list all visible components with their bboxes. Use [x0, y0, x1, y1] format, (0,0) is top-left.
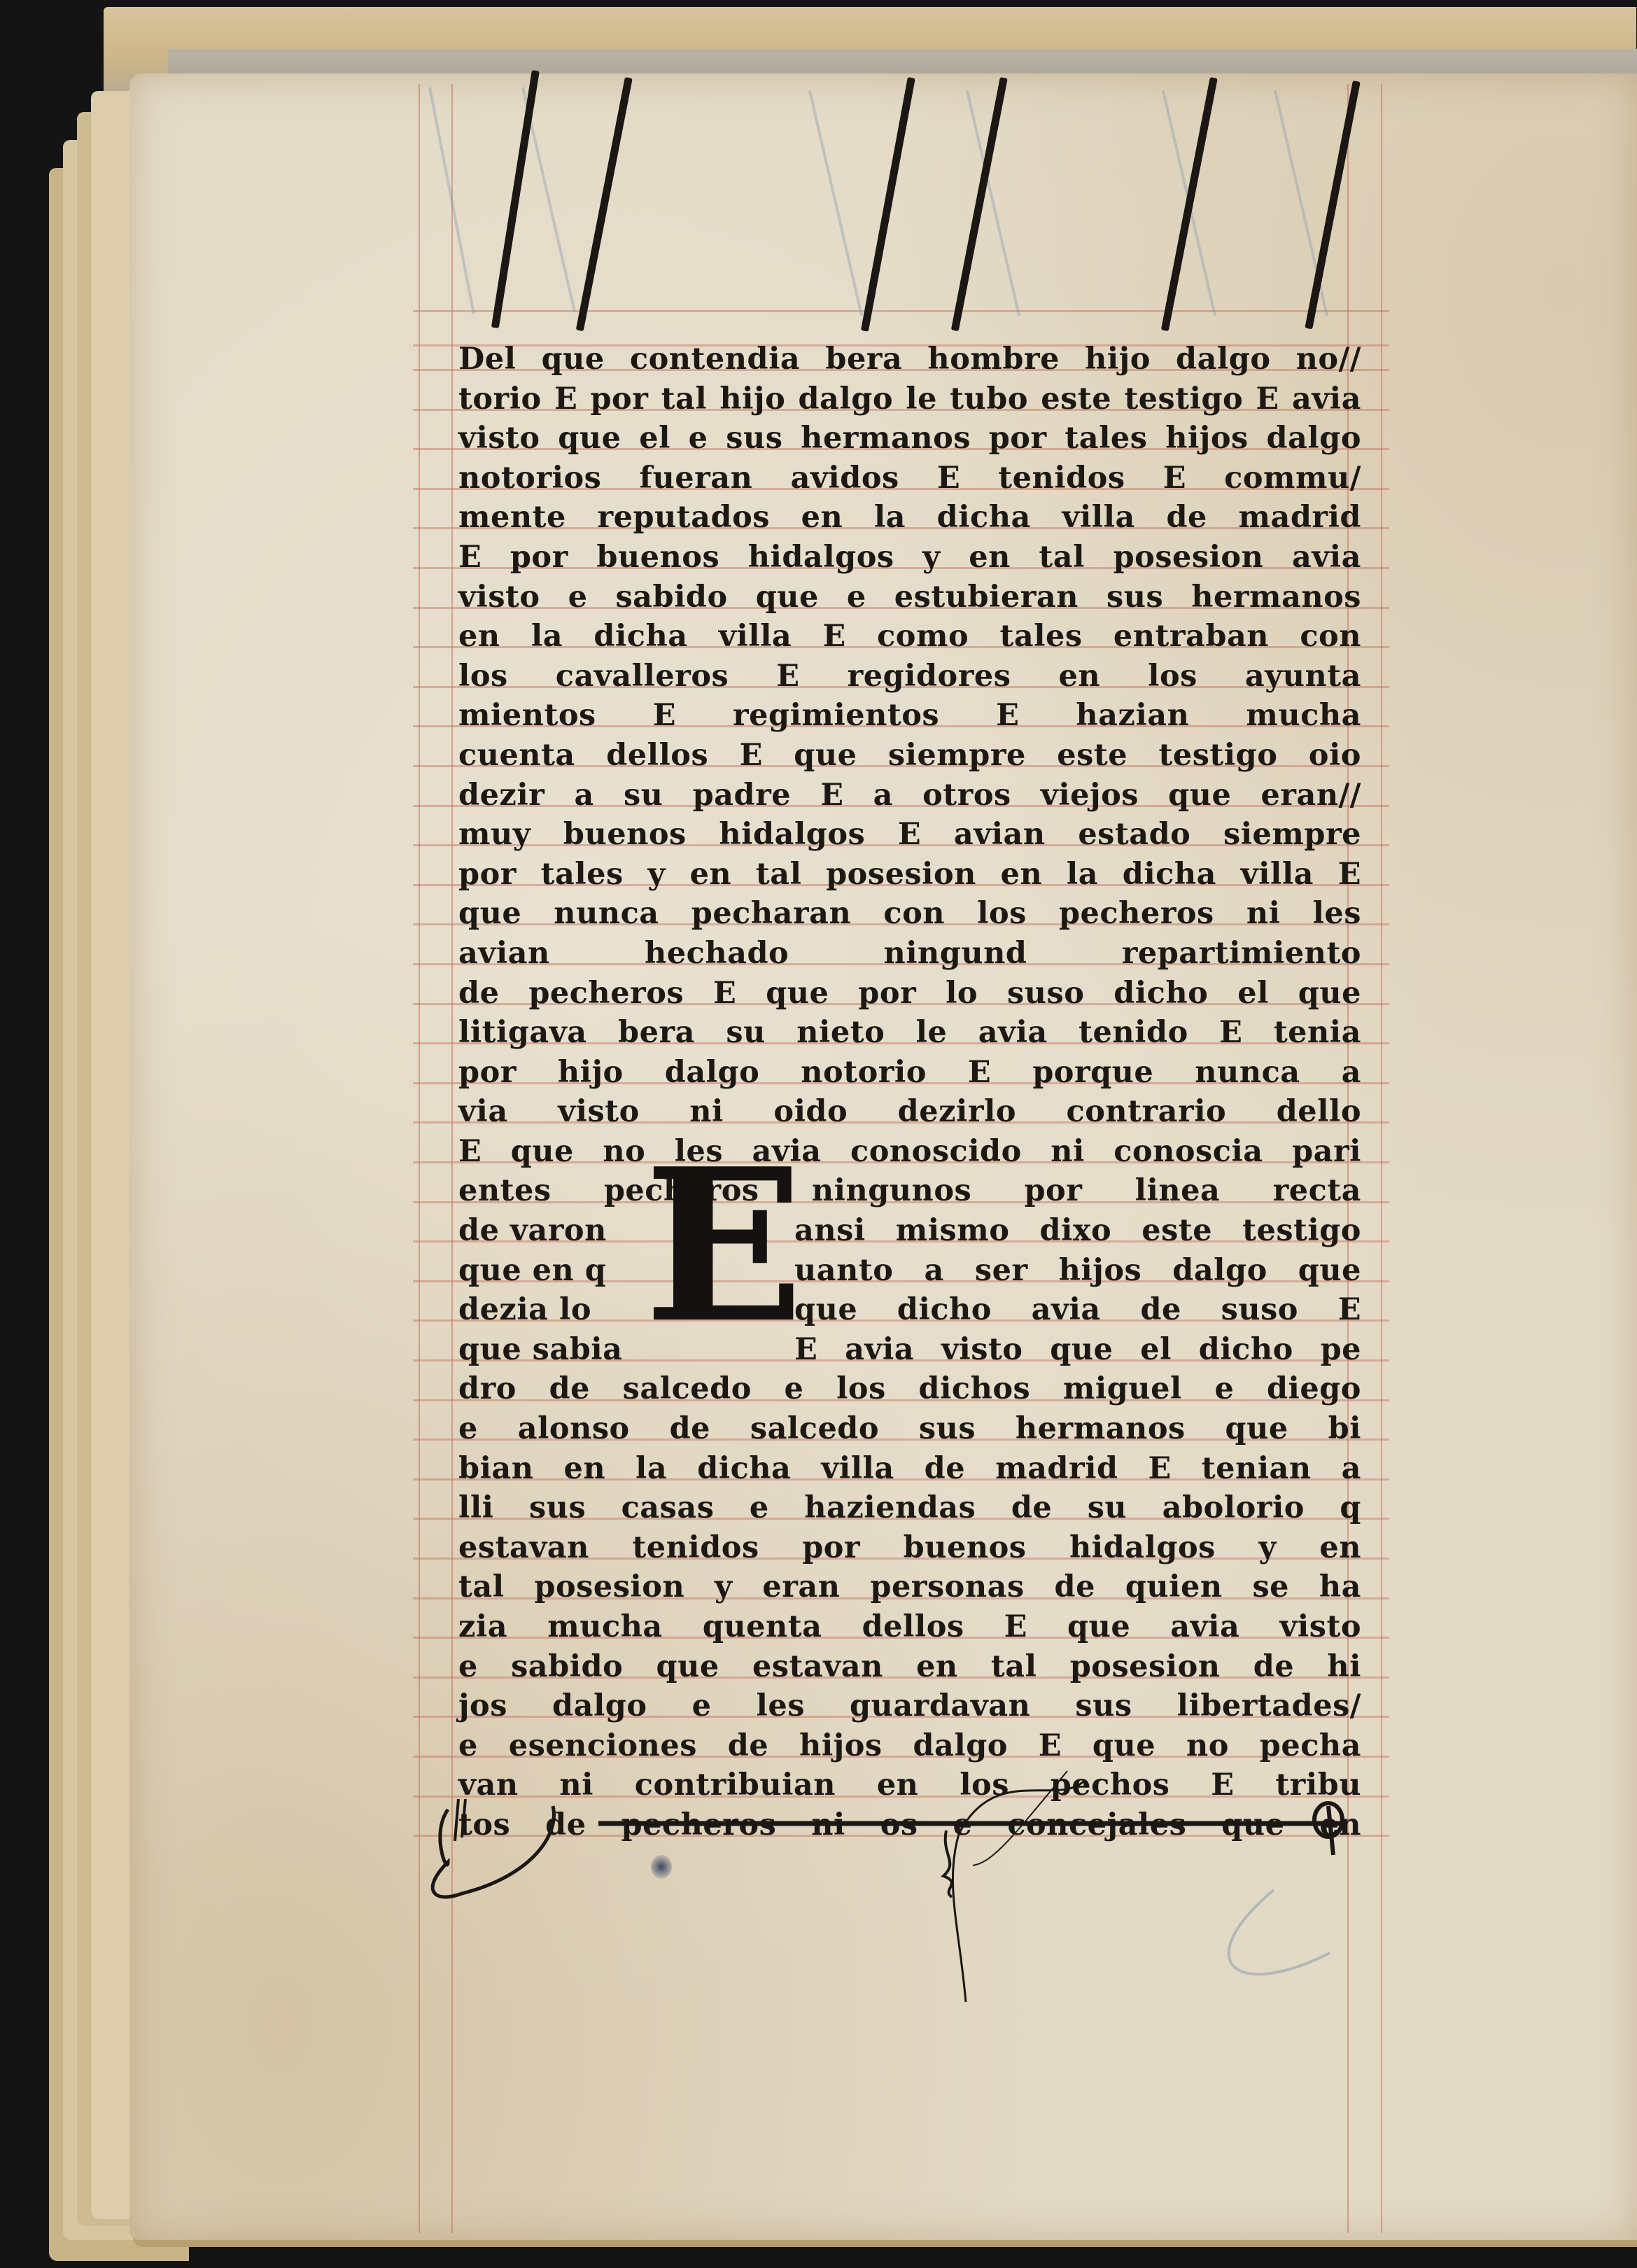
- closing-flourish: [0, 0, 1637, 2268]
- ink-blot: [651, 1855, 672, 1879]
